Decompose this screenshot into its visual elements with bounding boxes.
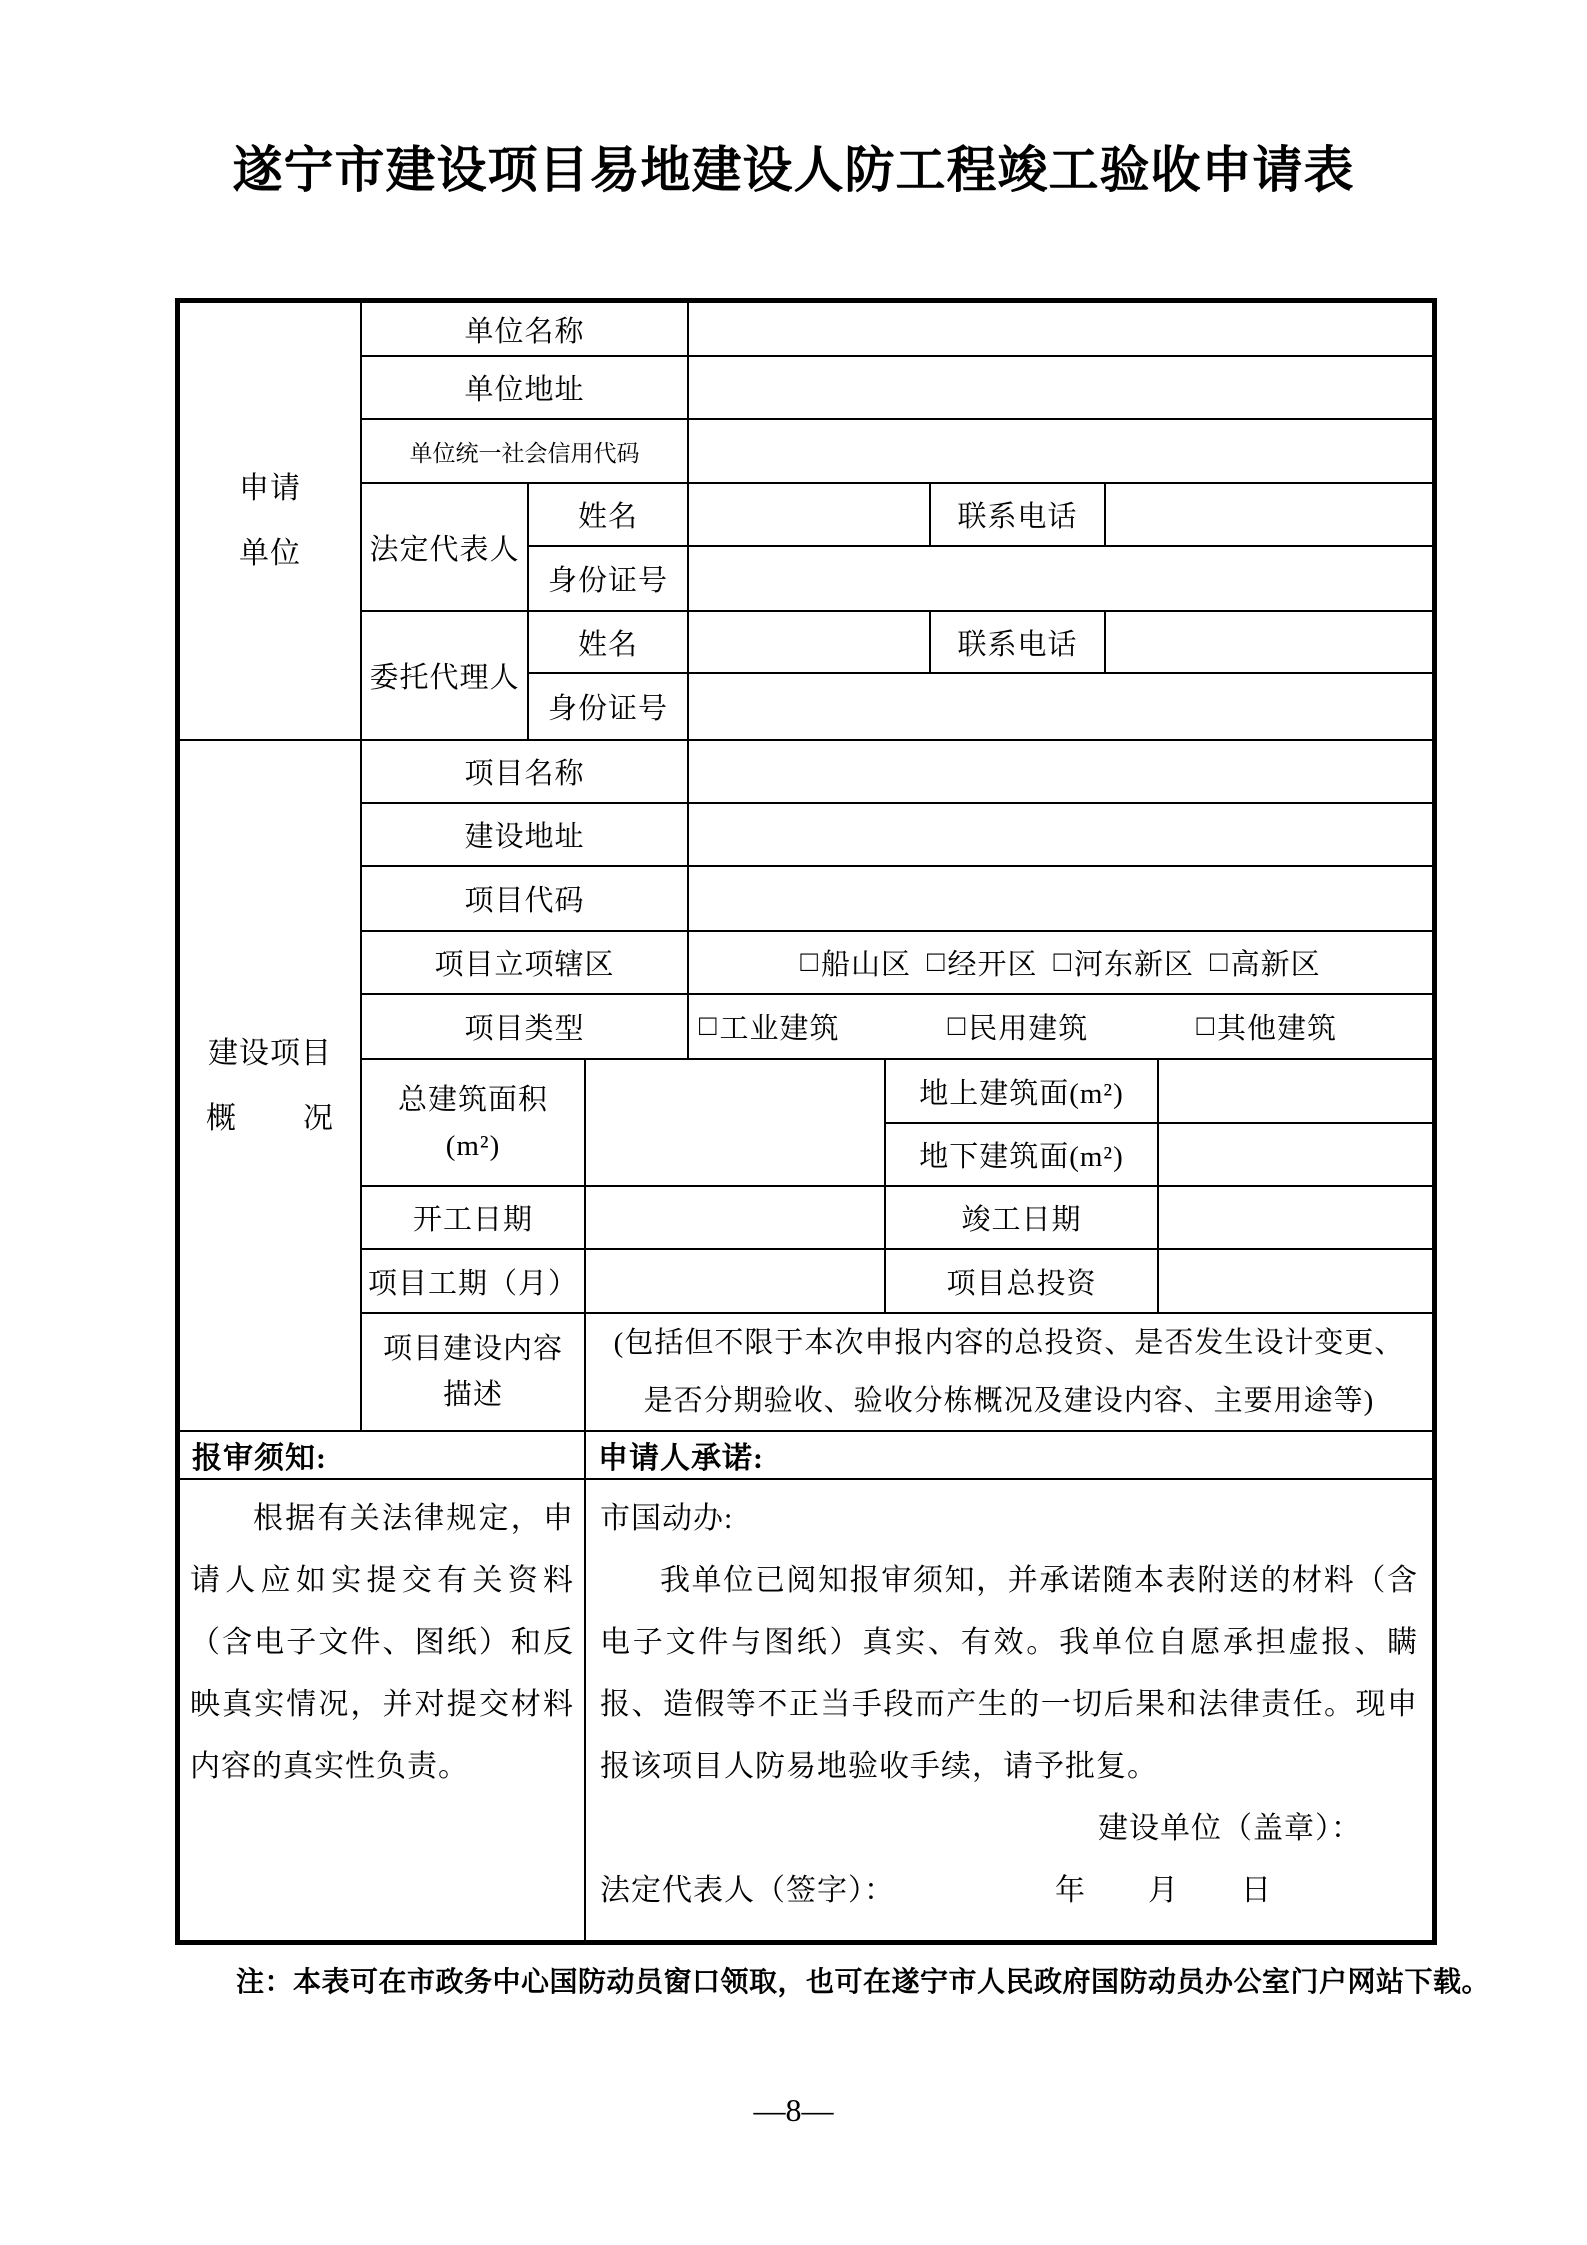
district-option: □船山区	[800, 942, 911, 983]
end-date-label: 竣工日期	[884, 1185, 1157, 1248]
desc-label: 项目建设内容 描述	[360, 1312, 584, 1430]
agent-name-label: 姓名	[527, 610, 687, 672]
unit-address-value-cell	[687, 355, 1432, 418]
project-code-value-cell	[687, 865, 1432, 930]
commitment-addressee: 市国动办:	[600, 1488, 1418, 1550]
page-number: —8—	[0, 2092, 1587, 2129]
unit-address-label: 单位地址	[360, 355, 687, 418]
below-area-value-cell	[1157, 1122, 1432, 1185]
notice-paragraph: 根据有关法律规定，申请人应如实提交有关资料（含电子文件、图纸）和反映真实情况，并…	[190, 1488, 574, 1798]
legal-rep-label: 法定代表人	[360, 482, 527, 610]
district-option-label: 船山区	[821, 942, 911, 983]
notice-header: 报审须知:	[180, 1430, 584, 1478]
district-option: □高新区	[1210, 942, 1321, 983]
duration-label: 项目工期（月）	[360, 1248, 584, 1312]
credit-code-label: 单位统一社会信用代码	[360, 418, 687, 482]
build-address-label: 建设地址	[360, 802, 687, 865]
legal-rep-phone-label: 联系电话	[929, 482, 1104, 545]
sign-row: 法定代表人（签字）： 年 月 日	[600, 1860, 1418, 1922]
agent-name-value-cell	[687, 610, 929, 672]
start-date-value-cell	[584, 1185, 884, 1248]
unit-name-value-cell	[687, 303, 1432, 355]
commitment-header: 申请人承诺:	[584, 1430, 1432, 1478]
applicant-section-line2: 单位	[239, 521, 301, 586]
project-code-label: 项目代码	[360, 865, 687, 930]
desc-label-line2: 描述	[443, 1372, 503, 1418]
agent-phone-value-cell	[1104, 610, 1432, 672]
commitment-body-cell: 市国动办: 我单位已阅知报审须知，并承诺随本表附送的材料（含电子文件与图纸）真实…	[584, 1478, 1432, 1940]
project-name-label: 项目名称	[360, 739, 687, 802]
legal-rep-name-label: 姓名	[527, 482, 687, 545]
type-option: □其他建筑	[1196, 1006, 1337, 1047]
desc-hint-cell: (包括但不限于本次申报内容的总投资、是否发生设计变更、是否分期验收、验收分栋概况…	[584, 1312, 1432, 1430]
type-options-cell: □工业建筑 □民用建筑 □其他建筑	[687, 993, 1432, 1058]
project-section-line1: 建设项目	[208, 1021, 332, 1086]
district-option-label: 经开区	[947, 942, 1037, 983]
credit-code-value-cell	[687, 418, 1432, 482]
build-address-value-cell	[687, 802, 1432, 865]
checkbox-icon: □	[1196, 1010, 1215, 1043]
agent-id-value-cell	[687, 672, 1432, 739]
applicant-section-label: 申请 单位	[180, 303, 360, 739]
total-area-label: 总建筑面积 (m²)	[360, 1058, 584, 1185]
checkbox-icon: □	[699, 1010, 718, 1043]
checkbox-icon: □	[1210, 946, 1229, 979]
district-option-label: 河东新区	[1074, 942, 1194, 983]
project-section-line2: 概况	[206, 1086, 334, 1151]
agent-label: 委托代理人	[360, 610, 527, 739]
type-option: □民用建筑	[948, 1006, 1089, 1047]
legal-rep-id-label: 身份证号	[527, 545, 687, 610]
above-area-value-cell	[1157, 1058, 1432, 1122]
district-option-label: 高新区	[1231, 942, 1321, 983]
applicant-section-line1: 申请	[239, 456, 301, 521]
total-area-label-line2: (m²)	[446, 1123, 501, 1169]
checkbox-icon: □	[948, 1010, 967, 1043]
sign-line: 法定代表人（签字）：	[600, 1860, 895, 1922]
unit-name-label: 单位名称	[360, 303, 687, 355]
total-area-label-line1: 总建筑面积	[398, 1077, 548, 1123]
agent-id-label: 身份证号	[527, 672, 687, 739]
district-options-cell: □船山区 □经开区 □河东新区 □高新区	[687, 930, 1432, 993]
legal-rep-phone-value-cell	[1104, 482, 1432, 545]
page-title: 遂宁市建设项目易地建设人防工程竣工验收申请表	[0, 130, 1587, 202]
district-option: □经开区	[927, 942, 1038, 983]
start-date-label: 开工日期	[360, 1185, 584, 1248]
district-label: 项目立项辖区	[360, 930, 687, 993]
type-option-label: 民用建筑	[968, 1006, 1088, 1047]
type-option-label: 其他建筑	[1217, 1006, 1337, 1047]
commitment-paragraph: 我单位已阅知报审须知，并承诺随本表附送的材料（含电子文件与图纸）真实、有效。我单…	[600, 1550, 1418, 1798]
end-date-value-cell	[1157, 1185, 1432, 1248]
agent-phone-label: 联系电话	[929, 610, 1104, 672]
project-section-label: 建设项目 概况	[180, 739, 360, 1430]
duration-value-cell	[584, 1248, 884, 1312]
investment-value-cell	[1157, 1248, 1432, 1312]
district-option: □河东新区	[1054, 942, 1195, 983]
checkbox-icon: □	[1054, 946, 1073, 979]
seal-line: 建设单位（盖章）：	[600, 1798, 1418, 1860]
project-name-value-cell	[687, 739, 1432, 802]
below-area-label: 地下建筑面(m²)	[884, 1122, 1157, 1185]
date-line: 年 月 日	[1055, 1860, 1272, 1922]
investment-label: 项目总投资	[884, 1248, 1157, 1312]
legal-rep-id-value-cell	[687, 545, 1432, 610]
desc-label-line1: 项目建设内容	[383, 1326, 563, 1372]
checkbox-icon: □	[800, 946, 819, 979]
legal-rep-name-value-cell	[687, 482, 929, 545]
notice-body-cell: 根据有关法律规定，申请人应如实提交有关资料（含电子文件、图纸）和反映真实情况，并…	[180, 1478, 584, 1940]
above-area-label: 地上建筑面(m²)	[884, 1058, 1157, 1122]
total-area-value-cell	[584, 1058, 884, 1185]
type-option: □工业建筑	[699, 1006, 840, 1047]
checkbox-icon: □	[927, 946, 946, 979]
footer-note: 注：本表可在市政务中心国防动员窗口领取，也可在遂宁市人民政府国防动员办公室门户网…	[236, 1960, 1490, 2000]
type-label: 项目类型	[360, 993, 687, 1058]
application-form-table: 申请 单位 单位名称 单位地址 单位统一社会信用代码 法定代表人 姓名 联系电话…	[175, 298, 1437, 1945]
type-option-label: 工业建筑	[720, 1006, 840, 1047]
